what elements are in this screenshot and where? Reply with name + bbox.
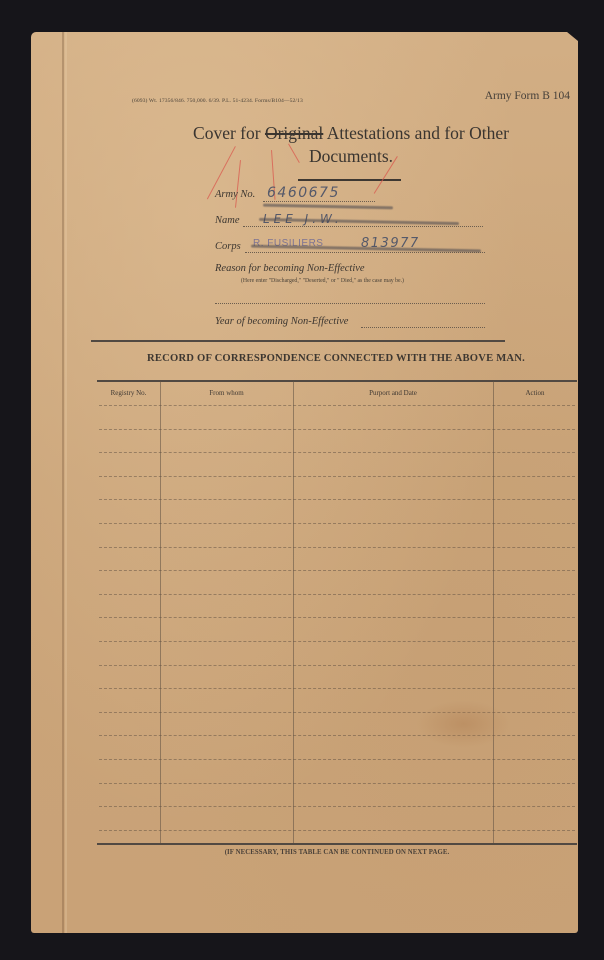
table-row[interactable] (99, 759, 575, 760)
table-row[interactable] (99, 429, 575, 430)
table-row[interactable] (99, 452, 575, 453)
name-line (243, 226, 483, 227)
column-divider (493, 381, 494, 843)
table-row[interactable] (99, 830, 575, 831)
column-header-action: Action (493, 389, 577, 397)
table-row[interactable] (99, 476, 575, 477)
year-input-line[interactable] (361, 327, 485, 328)
army-form-b104-cover: (6093) Wt. 17356/846. 750,000. 6/39. P.L… (31, 32, 578, 933)
continuation-note: (IF NECESSARY, THIS TABLE CAN BE CONTINU… (97, 849, 577, 856)
table-row[interactable] (99, 547, 575, 548)
table-row[interactable] (99, 688, 575, 689)
table-row[interactable] (99, 405, 575, 406)
table-row[interactable] (99, 499, 575, 500)
reason-hint: (Here enter "Discharged," "Deserted," or… (241, 278, 404, 284)
pencil-smudge (263, 204, 393, 210)
table-row[interactable] (99, 594, 575, 595)
table-row[interactable] (99, 665, 575, 666)
year-label: Year of becoming Non-Effective (215, 316, 348, 327)
corps-line (245, 252, 485, 253)
reason-label: Reason for becoming Non-Effective (215, 263, 365, 274)
name-label: Name (215, 215, 240, 226)
title-underline (298, 179, 401, 181)
water-stain (416, 700, 511, 748)
table-row[interactable] (99, 617, 575, 618)
table-row[interactable] (99, 570, 575, 571)
record-title: RECORD OF CORRESPONDENCE CONNECTED WITH … (101, 353, 571, 364)
title-prefix: Cover for (193, 123, 265, 143)
form-title: Cover for Original Attestations and for … (141, 122, 561, 168)
section-divider (91, 340, 505, 342)
table-bottom-rule (97, 843, 577, 845)
army-no-value[interactable]: 6460675 (267, 185, 340, 201)
form-number: Army Form B 104 (485, 90, 570, 102)
fold-crease (62, 32, 64, 933)
title-suffix: Attestations and for Other (323, 123, 509, 143)
reason-input-line[interactable] (215, 303, 485, 304)
army-no-label: Army No. (215, 189, 255, 200)
corps-label: Corps (215, 241, 241, 252)
army-no-line (263, 201, 375, 202)
column-divider (293, 381, 294, 843)
table-row[interactable] (99, 783, 575, 784)
table-row[interactable] (99, 806, 575, 807)
table-row[interactable] (99, 641, 575, 642)
printer-code: (6093) Wt. 17356/846. 750,000. 6/39. P.L… (132, 98, 303, 104)
table-row[interactable] (99, 523, 575, 524)
column-header-registry-no: Registry No. (97, 389, 160, 397)
correspondence-table: Registry No. From whom Purport and Date … (97, 381, 577, 843)
column-divider (160, 381, 161, 843)
title-line2: Documents. (309, 146, 393, 166)
column-header-from-whom: From whom (160, 389, 293, 397)
column-header-purport-and-date: Purport and Date (293, 389, 493, 397)
title-struck-word: Original (265, 123, 323, 143)
